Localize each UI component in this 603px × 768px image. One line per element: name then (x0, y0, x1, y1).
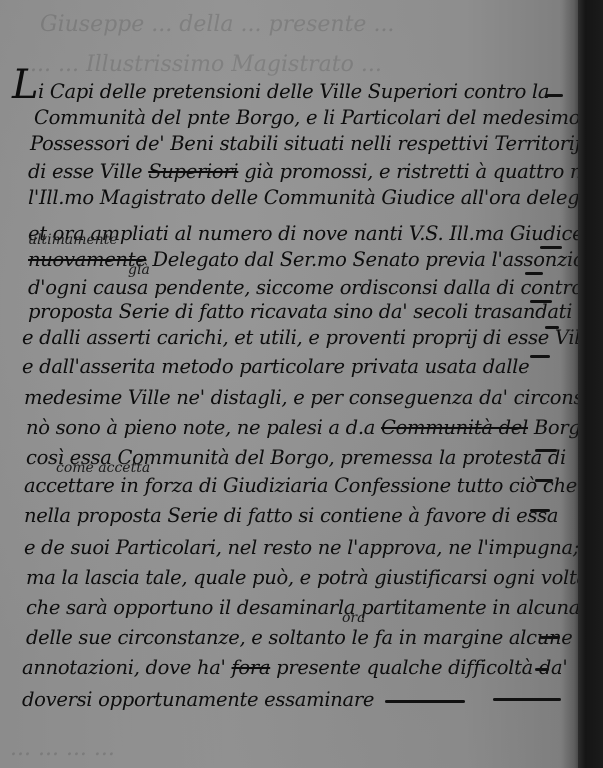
interlinear-insertion: come accetta (56, 460, 150, 476)
line-text: doversi opportunamente essaminare (22, 688, 374, 711)
line-end-flourish (530, 509, 550, 512)
page-edge-shadow (560, 0, 580, 768)
line-text: l'Ill.mo Magistrato delle Communità Giud… (28, 186, 603, 209)
manuscript-line: doversi opportunamente essaminare (22, 688, 374, 711)
line-text: medesime Ville ne' distagli, e per conse… (24, 386, 603, 409)
manuscript-line: ma la lascia tale, quale può, e potrà gi… (26, 566, 588, 589)
line-text: nò sono à pieno note, ne palesi a d.a (26, 416, 381, 439)
line-text: e de suoi Particolari, nel resto ne l'ap… (24, 536, 579, 559)
manuscript-line: nella proposta Serie di fatto si contien… (24, 504, 558, 527)
line-end-flourish (540, 246, 562, 249)
manuscript-line: che sarà opportuno il desaminarla partit… (26, 596, 580, 619)
manuscript-line: l'Ill.mo Magistrato delle Communità Giud… (28, 186, 603, 209)
manuscript-line: accettare in forza di Giudiziaria Confes… (24, 474, 577, 497)
line-end-flourish (535, 479, 553, 482)
line-text: proposta Serie di fatto ricavata sino da… (28, 300, 572, 323)
manuscript-line: Possessori de' Beni stabili situati nell… (30, 132, 580, 155)
manuscript-line: annotazioni, dove ha' fora presente qual… (22, 656, 567, 679)
line-text: già promossi, e ristretti à quattro nant… (238, 160, 603, 183)
decorated-initial: L (12, 62, 39, 108)
manuscript-line: proposta Serie di fatto ricavata sino da… (28, 300, 572, 323)
manuscript-line: medesime Ville ne' distagli, e per conse… (24, 386, 603, 409)
line-end-flourish (385, 700, 465, 703)
line-end-flourish (535, 449, 557, 452)
line-text: Delegato dal Ser.mo Senato previa l'asso… (146, 248, 603, 271)
interlinear-insertion: già (128, 262, 150, 278)
line-text: Possessori de' Beni stabili situati nell… (30, 132, 580, 155)
manuscript-line: nuovamente Delegato dal Ser.mo Senato pr… (28, 248, 603, 271)
line-text: delle sue circonstanze, e soltanto le fa… (26, 626, 573, 649)
line-text: presente qualche difficoltà da' (270, 656, 567, 679)
struck-word: Superiori (148, 160, 238, 183)
show-through-text: ... ... Illustrissimo Magistrato ... (30, 52, 382, 77)
line-text: di esse Ville (28, 160, 148, 183)
manuscript-line: e dall'asserita metodo particolare priva… (22, 355, 529, 378)
line-text: d'ogni causa pendente, siccome ordiscons… (28, 276, 583, 299)
line-end-flourish (525, 272, 543, 275)
line-text: ma la lascia tale, quale può, e potrà gi… (26, 566, 588, 589)
interlinear-insertion: ora (342, 610, 365, 626)
manuscript-page: Giuseppe ... della ... presente ...... .… (0, 0, 580, 768)
line-end-flourish (535, 668, 549, 671)
line-text: Communità del pnte Borgo, e li Particola… (34, 106, 580, 129)
line-end-flourish (540, 636, 560, 639)
line-text: nella proposta Serie di fatto si contien… (24, 504, 558, 527)
line-end-flourish (545, 326, 559, 329)
line-text: e dalli asserti carichi, et utili, e pro… (22, 326, 603, 349)
manuscript-line: Communità del pnte Borgo, e li Particola… (34, 106, 580, 129)
manuscript-line: e dalli asserti carichi, et utili, e pro… (22, 326, 603, 349)
manuscript-line: di esse Ville Superiori già promossi, e … (28, 160, 603, 183)
line-text: che sarà opportuno il desaminarla partit… (26, 596, 580, 619)
interlinear-insertion: ultimamente (28, 232, 118, 248)
show-through-text: Giuseppe ... della ... presente ... (40, 12, 394, 37)
scan-border (578, 0, 603, 768)
line-text: annotazioni, dove ha' (22, 656, 232, 679)
manuscript-line: delle sue circonstanze, e soltanto le fa… (26, 626, 573, 649)
line-text: i Capi delle pretensioni delle Ville Sup… (38, 80, 549, 103)
struck-word: Communità del (381, 416, 528, 439)
manuscript-line: nò sono à pieno note, ne palesi a d.a Co… (26, 416, 598, 439)
line-end-flourish (493, 698, 561, 701)
manuscript-line: i Capi delle pretensioni delle Ville Sup… (38, 80, 549, 103)
line-text: accettare in forza di Giudiziaria Confes… (24, 474, 577, 497)
manuscript-line: e de suoi Particolari, nel resto ne l'ap… (24, 536, 579, 559)
line-end-flourish (530, 355, 550, 358)
manuscript-line: d'ogni causa pendente, siccome ordiscons… (28, 276, 583, 299)
struck-word: fora (232, 656, 271, 679)
line-end-flourish (530, 300, 552, 303)
show-through-text: ... ... ... ... (10, 736, 115, 761)
line-text: e dall'asserita metodo particolare priva… (22, 355, 529, 378)
